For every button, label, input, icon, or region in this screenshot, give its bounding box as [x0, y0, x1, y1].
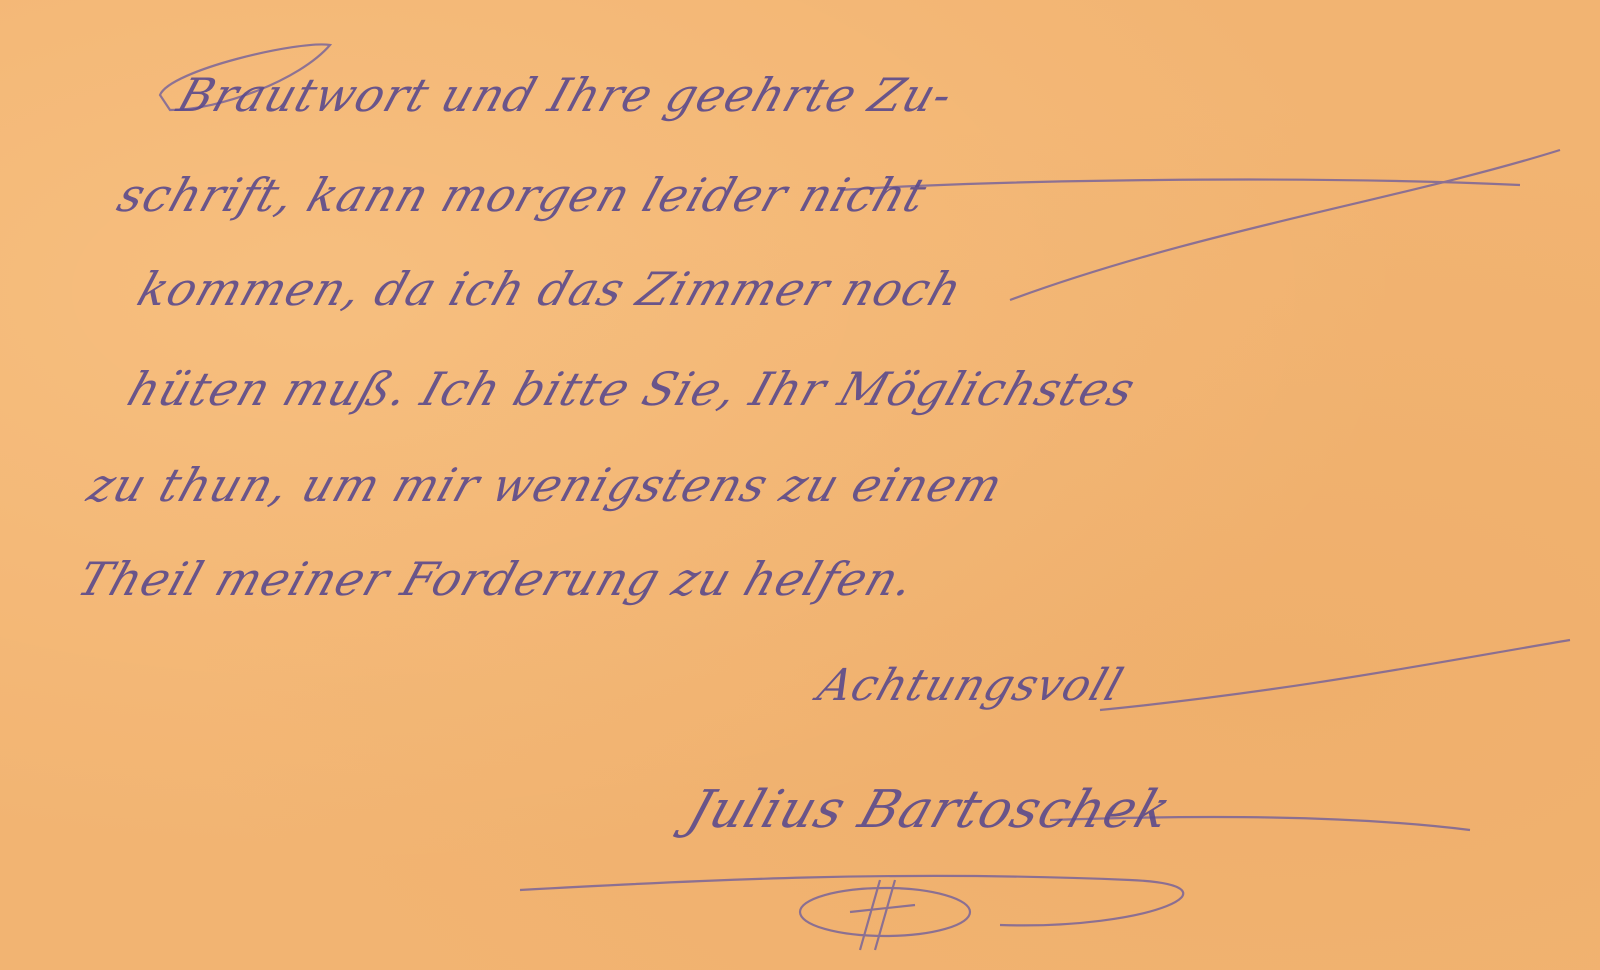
closing-salutation: Achtungsvoll	[812, 660, 1130, 711]
letter-line-2: schrift, kann morgen leider nicht	[111, 168, 934, 222]
letter-line-5: zu thun, um mir wenigstens zu einem	[81, 458, 1010, 512]
letter-line-4: hüten muß. Ich bitte Sie, Ihr Möglichste…	[121, 362, 1142, 416]
signature: Julius Bartoschek	[680, 780, 1179, 840]
letter-line-3: kommen, da ich das Zimmer noch	[131, 262, 969, 316]
letter-line-1: Brautwort und Ihre geehrte Zu-	[171, 68, 960, 122]
letter-line-6: Theil meiner Forderung zu helfen.	[71, 552, 922, 606]
